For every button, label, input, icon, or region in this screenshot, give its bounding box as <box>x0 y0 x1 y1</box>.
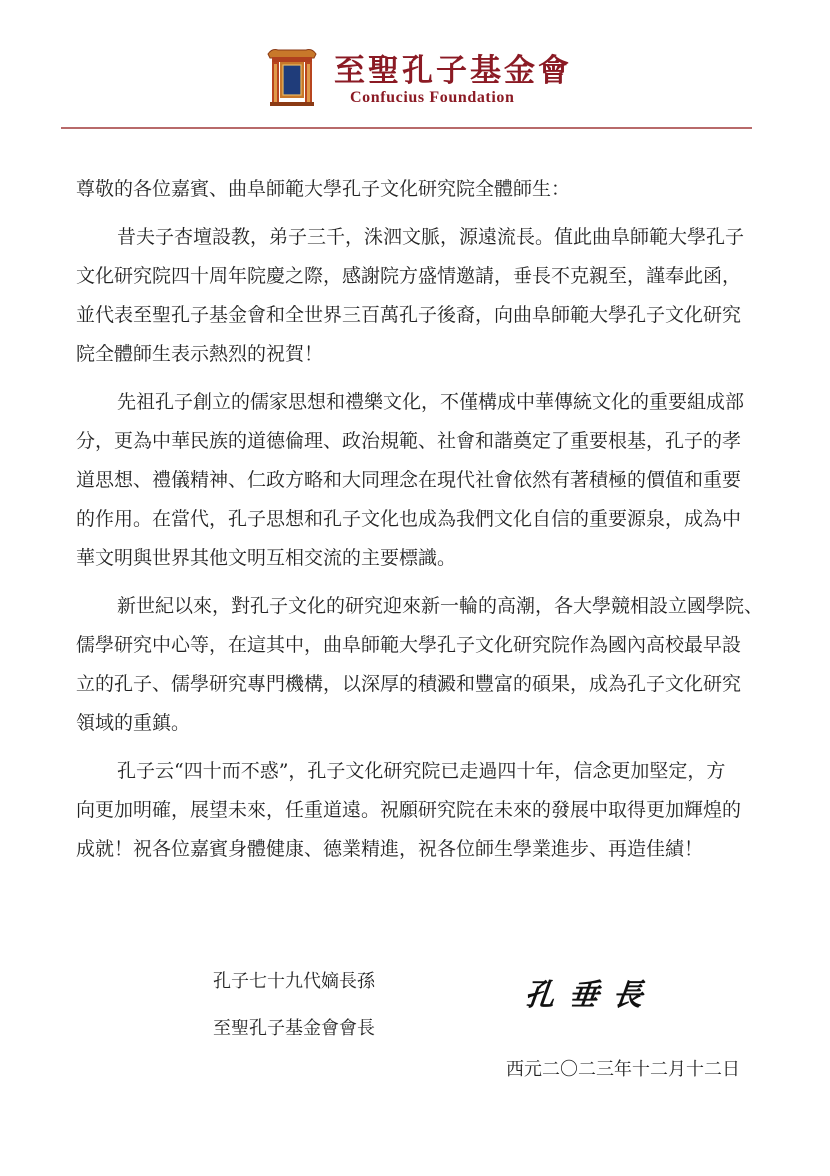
paragraph-line: 儒學研究中心等，在這其中，曲阜師範大學孔子文化研究院作為國內高校最早設 <box>76 626 760 665</box>
letter-date: 西元二〇二三年十二月十二日 <box>506 1055 740 1081</box>
handwritten-signature: 孔垂長 <box>523 970 660 1014</box>
paragraph-line: 先祖孔子創立的儒家思想和禮樂文化，不僅構成中華傳統文化的重要組成部 <box>76 383 760 422</box>
paragraph-line: 道思想、禮儀精神、仁政方略和大同理念在現代社會依然有著積極的價值和重要 <box>76 461 760 500</box>
paragraph-line: 並代表至聖孔子基金會和全世界三百萬孔子後裔，向曲阜師範大學孔子文化研究 <box>76 296 760 335</box>
org-name-chinese: 至聖孔子基金會 <box>334 53 572 89</box>
signatory-position-title: 至聖孔子基金會會長 <box>213 1014 375 1040</box>
paragraph-line: 院全體師生表示熱烈的祝賀！ <box>76 335 760 374</box>
paragraph-line: 文化研究院四十周年院慶之際，感謝院方盛情邀請，垂長不克親至，謹奉此函， <box>76 257 760 296</box>
letter-body: 尊敬的各位嘉賓、曲阜師範大學孔子文化研究院全體師生： 昔夫子杏壇設教，弟子三千，… <box>76 170 760 869</box>
paragraph-line: 立的孔子、儒學研究專門機構，以深厚的積澱和豐富的碩果，成為孔子文化研究 <box>76 665 760 704</box>
paragraph-line: 領域的重鎮。 <box>76 704 760 743</box>
paragraph-line: 昔夫子杏壇設教，弟子三千，洙泗文脈，源遠流長。值此曲阜師範大學孔子 <box>76 218 760 257</box>
paragraph-1: 昔夫子杏壇設教，弟子三千，洙泗文脈，源遠流長。值此曲阜師範大學孔子 文化研究院四… <box>76 218 760 374</box>
paragraph-3: 新世紀以來，對孔子文化的研究迎來新一輪的高潮，各大學競相設立國學院、 儒學研究中… <box>76 587 760 743</box>
paragraph-line: 的作用。在當代，孔子思想和孔子文化也成為我們文化自信的重要源泉，成為中 <box>76 500 760 539</box>
paragraph-line: 華文明與世界其他文明互相交流的主要標識。 <box>76 539 760 578</box>
paragraph-line: 向更加明確，展望未來，任重道遠。祝願研究院在未來的發展中取得更加輝煌的 <box>76 791 760 830</box>
salutation: 尊敬的各位嘉賓、曲阜師範大學孔子文化研究院全體師生： <box>76 170 760 209</box>
paragraph-2: 先祖孔子創立的儒家思想和禮樂文化，不僅構成中華傳統文化的重要組成部 分，更為中華… <box>76 383 760 578</box>
paragraph-line: 分，更為中華民族的道德倫理、政治規範、社會和諧奠定了重要根基，孔子的孝 <box>76 422 760 461</box>
paragraph-4: 孔子云“四十而不惑”，孔子文化研究院已走過四十年，信念更加堅定，方 向更加明確，… <box>76 752 760 869</box>
org-name-english: Confucius Foundation <box>350 89 515 107</box>
paragraph-line: 新世紀以來，對孔子文化的研究迎來新一輪的高潮，各大學競相設立國學院、 <box>76 587 760 626</box>
foundation-emblem-icon <box>266 46 318 108</box>
letterhead: 至聖孔子基金會 Confucius Foundation <box>0 0 830 130</box>
header-divider <box>61 127 752 129</box>
signatory-lineage-title: 孔子七十九代嫡長孫 <box>213 967 375 993</box>
paragraph-line: 成就！祝各位嘉賓身體健康、德業精進，祝各位師生學業進步、再造佳績！ <box>76 830 760 869</box>
paragraph-line: 孔子云“四十而不惑”，孔子文化研究院已走過四十年，信念更加堅定，方 <box>76 752 760 791</box>
